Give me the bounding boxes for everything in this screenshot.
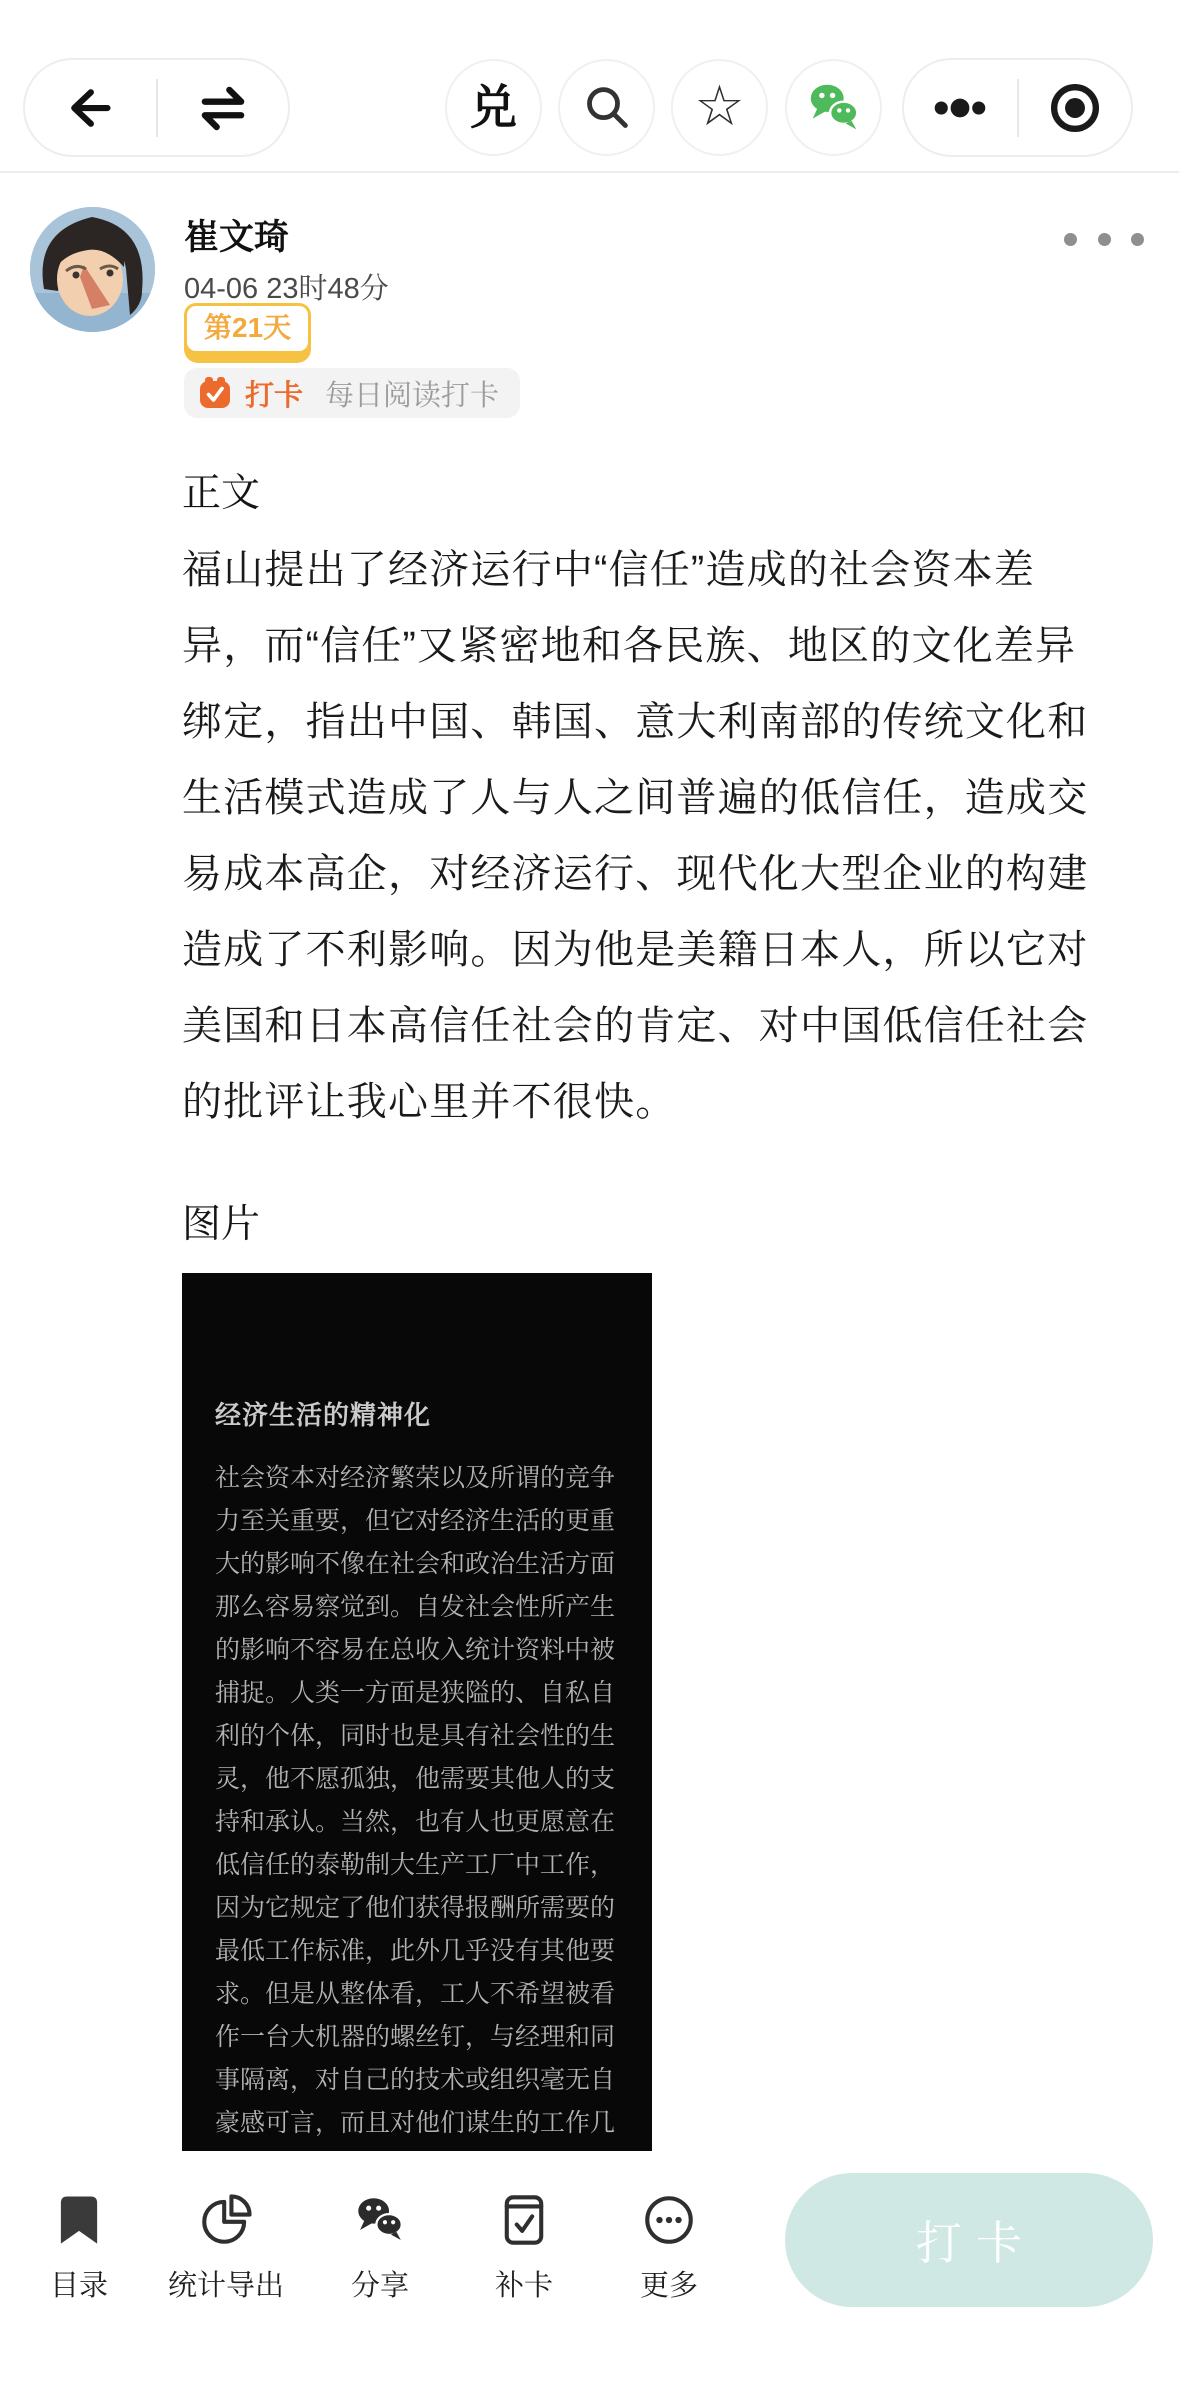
miniprogram-capsule xyxy=(902,58,1133,157)
switch-button[interactable] xyxy=(158,60,289,155)
exchange-button[interactable]: 兑 xyxy=(445,59,542,156)
back-arrow-icon xyxy=(62,80,118,136)
checkin-button-label: 打卡 xyxy=(902,2207,1036,2273)
wechat-icon xyxy=(803,77,865,139)
image-body-text: 社会资本对经济繁荣以及所谓的竞争 力至关重要，但它对经济生活的更重 大的影响不像… xyxy=(215,1457,626,2151)
pie-chart-icon xyxy=(197,2191,255,2249)
card-check-icon xyxy=(495,2191,553,2249)
image-heading: 经济生活的精神化 xyxy=(215,1395,624,1432)
nav-divider xyxy=(0,171,1179,173)
favorite-button[interactable]: ☆ xyxy=(671,59,768,156)
toolbar-item-more[interactable]: 更多 xyxy=(640,2191,698,2304)
menu-dot xyxy=(1064,233,1077,246)
menu-dot xyxy=(1131,233,1144,246)
search-button[interactable] xyxy=(558,59,655,156)
toolbar-item-stats-export[interactable]: 统计导出 xyxy=(168,2191,284,2304)
checkin-activity-tag[interactable]: 打卡 每日阅读打卡 xyxy=(184,368,520,418)
toolbar-item-makeup-card[interactable]: 补卡 xyxy=(495,2191,553,2304)
section-label-image: 图片 xyxy=(182,1193,260,1249)
exchange-char: 兑 xyxy=(470,84,517,131)
nav-back-pill xyxy=(23,58,290,157)
section-label-body: 正文 xyxy=(182,462,260,518)
more-dots-icon xyxy=(930,93,990,123)
toolbar-label: 更多 xyxy=(640,2263,698,2304)
capsule-home-button[interactable] xyxy=(1019,60,1132,155)
article-body-text: 福山提出了经济运行中“信任”造成的社会资本差 异，而“信任”又紧密地和各民族、地… xyxy=(182,532,1167,1140)
avatar[interactable] xyxy=(30,207,155,332)
day-badge-label: 第21天 xyxy=(184,303,311,354)
checkin-button[interactable]: 打卡 xyxy=(785,2173,1153,2307)
post-menu-button[interactable] xyxy=(1064,224,1144,254)
swap-arrows-icon xyxy=(194,79,252,137)
toolbar-label: 分享 xyxy=(351,2263,409,2304)
checkin-tag-activity: 每日阅读打卡 xyxy=(325,373,499,414)
wechat-share-button[interactable] xyxy=(785,59,882,156)
day-badge: 第21天 xyxy=(184,303,311,363)
checkin-calendar-icon xyxy=(197,375,233,411)
toolbar-item-catalog[interactable]: 目录 xyxy=(50,2191,108,2304)
toolbar-label: 补卡 xyxy=(495,2263,553,2304)
checkin-post-screen: 兑 ☆ xyxy=(0,0,1179,2385)
checkin-tag-label: 打卡 xyxy=(245,373,303,414)
star-icon: ☆ xyxy=(694,78,744,134)
toolbar-label: 目录 xyxy=(50,2263,108,2304)
avatar-image xyxy=(30,207,155,332)
toolbar-label: 统计导出 xyxy=(168,2263,284,2304)
back-button[interactable] xyxy=(25,60,156,155)
wechat-share-icon xyxy=(351,2191,409,2249)
menu-dot xyxy=(1098,233,1111,246)
post-timestamp: 04-06 23时48分 xyxy=(184,266,389,307)
attached-image[interactable]: 经济生活的精神化 社会资本对经济繁荣以及所谓的竞争 力至关重要，但它对经济生活的… xyxy=(182,1273,652,2151)
capsule-more-button[interactable] xyxy=(904,60,1017,155)
bookmark-icon xyxy=(50,2191,108,2249)
bottom-toolbar: 目录 统计导出 xyxy=(0,2151,1179,2385)
search-icon xyxy=(579,80,635,136)
toolbar-item-share[interactable]: 分享 xyxy=(351,2191,409,2304)
target-circle-icon xyxy=(1046,79,1104,137)
more-circle-icon xyxy=(640,2191,698,2249)
author-name: 崔文琦 xyxy=(184,210,289,260)
